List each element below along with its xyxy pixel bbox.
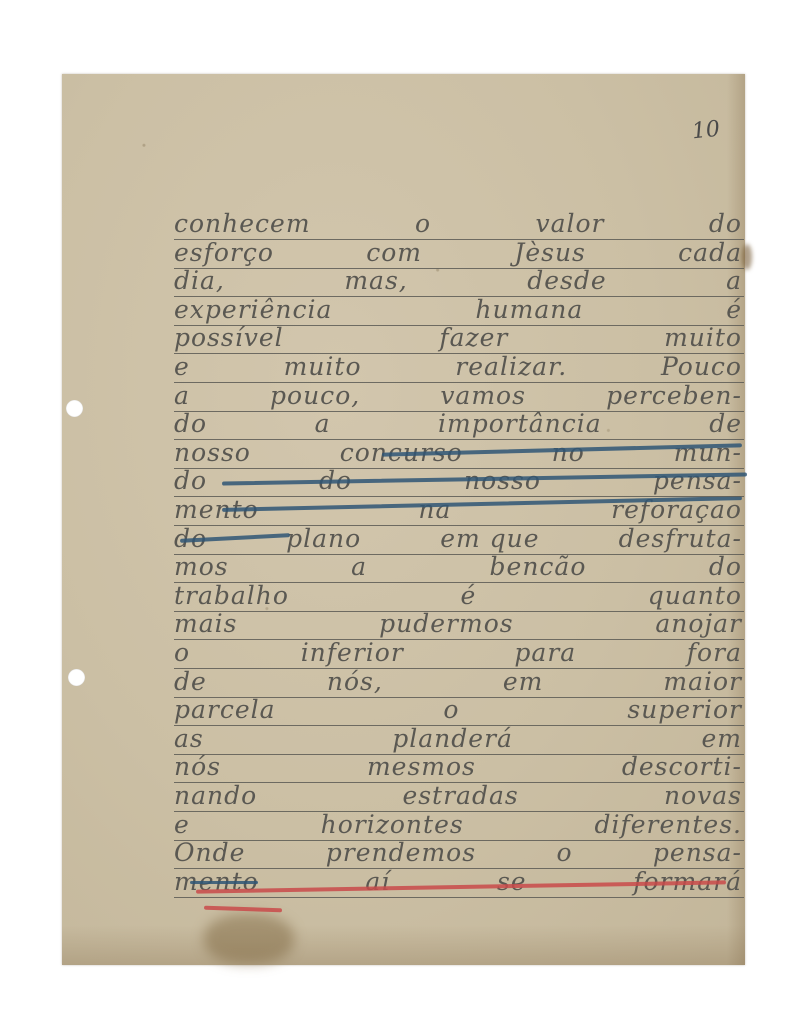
handwritten-word: aí	[365, 869, 390, 897]
handwritten-word: maior	[663, 669, 742, 697]
handwritten-word: o	[443, 697, 459, 725]
handwritten-word: do	[709, 554, 742, 582]
ruling-line	[174, 611, 744, 612]
ruling-line	[174, 782, 744, 783]
handwritten-word: de	[174, 669, 207, 697]
handwritten-word: desfruta-	[619, 526, 742, 554]
ruling-line	[174, 353, 744, 354]
handwritten-word: o	[415, 211, 431, 239]
text-line: trabalhoéquanto	[174, 583, 742, 611]
handwritten-word: pensa-	[653, 840, 742, 868]
handwritten-word: pouco,	[270, 383, 360, 411]
handwritten-word: fazer	[439, 325, 508, 353]
handwritten-word: experiência	[174, 297, 332, 325]
handwritten-word: estradas	[402, 783, 518, 811]
ruling-line	[174, 754, 744, 755]
text-line: asplanderáem	[174, 726, 742, 754]
handwritten-word: a	[174, 383, 190, 411]
text-line: conhecemovalordo	[174, 211, 742, 239]
red-pencil-underline	[204, 906, 282, 913]
text-line: apouco,vamosperceben-	[174, 383, 742, 411]
handwritten-word: horizontes	[321, 812, 464, 840]
handwritten-word: no	[552, 440, 585, 468]
handwritten-word: muito	[664, 325, 742, 353]
page-number: 10	[691, 117, 721, 145]
handwritten-word: é	[460, 583, 476, 611]
handwritten-word: e	[174, 812, 190, 840]
text-line: oinferiorparafora	[174, 640, 742, 668]
handwritten-word: desde	[527, 268, 606, 296]
text-line: experiênciahumanaé	[174, 297, 742, 325]
handwritten-word: o	[556, 840, 572, 868]
handwritten-word: possível	[174, 325, 284, 353]
handwritten-word: a	[351, 554, 367, 582]
handwritten-word: para	[514, 640, 576, 668]
handwritten-word: planderá	[392, 726, 513, 754]
paper-stain	[204, 914, 294, 964]
ruling-line	[174, 239, 744, 240]
ruling-line	[174, 325, 744, 326]
handwritten-word: perceben-	[606, 383, 742, 411]
handwritten-word: mos	[174, 554, 229, 582]
ruling-line	[174, 582, 744, 583]
handwritten-word: e	[174, 354, 190, 382]
ruling-line	[174, 496, 744, 497]
handwritten-word: a	[315, 411, 331, 439]
handwritten-word: quanto	[648, 583, 742, 611]
handwritten-word: pudermos	[379, 611, 513, 639]
handwritten-word: plano	[286, 526, 361, 554]
ruling-line	[174, 697, 744, 698]
text-line: denós,emmaior	[174, 669, 742, 697]
handwritten-word: Onde	[174, 840, 245, 868]
handwritten-word: trabalho	[174, 583, 289, 611]
text-line: dia,mas,desdea	[174, 268, 742, 296]
text-line: parcelaosuperior	[174, 697, 742, 725]
handwritten-word: dia,	[174, 268, 225, 296]
punch-hole	[66, 400, 83, 417]
handwritten-word: do	[709, 211, 742, 239]
handwritten-word: importância	[438, 411, 602, 439]
ruling-line	[174, 897, 744, 898]
handwritten-word: novas	[664, 783, 742, 811]
text-line: esforçocomJèsuscada	[174, 240, 742, 268]
ruling-line	[174, 296, 744, 297]
handwritten-word: vamos	[440, 383, 526, 411]
text-line: nandoestradasnovas	[174, 783, 742, 811]
ruling-line	[174, 725, 744, 726]
handwritten-word: esforço	[174, 240, 274, 268]
ruling-line	[174, 382, 744, 383]
handwritten-word: Pouco	[661, 354, 742, 382]
handwritten-word: em	[701, 726, 742, 754]
handwritten-word: anojar	[655, 611, 742, 639]
text-line: mosabencãodo	[174, 554, 742, 582]
page-edge-shading	[62, 925, 745, 965]
ruling-line	[174, 811, 744, 812]
handwritten-word: nosso	[464, 468, 541, 496]
handwritten-word: mesmos	[367, 754, 476, 782]
handwritten-word: descorti-	[622, 754, 742, 782]
handwritten-word: nós	[174, 754, 221, 782]
blue-pencil-underline	[190, 881, 258, 884]
text-line: doplanoem quedesfruta-	[174, 526, 742, 554]
handwritten-word: com	[366, 240, 422, 268]
handwritten-word: humana	[475, 297, 583, 325]
handwritten-word: parcela	[174, 697, 276, 725]
handwritten-word: é	[726, 297, 742, 325]
handwritten-word: nós,	[327, 669, 383, 697]
handwritten-word: diferentes.	[594, 812, 742, 840]
ruling-line	[174, 639, 744, 640]
handwritten-word: do	[174, 468, 207, 496]
handwritten-word: nando	[174, 783, 257, 811]
handwritten-word: a	[726, 268, 742, 296]
paper-stain	[742, 244, 752, 270]
handwritten-word: na	[418, 497, 451, 525]
handwritten-word: inferior	[301, 640, 404, 668]
text-line: emuitorealizar.Pouco	[174, 354, 742, 382]
ruling-line	[174, 868, 744, 869]
text-line: ehorizontesdiferentes.	[174, 812, 742, 840]
handwritten-word: muito	[284, 354, 362, 382]
ruling-line	[174, 268, 744, 269]
ruling-line	[174, 468, 744, 469]
ruling-line	[174, 525, 744, 526]
text-line: nósmesmosdescorti-	[174, 754, 742, 782]
handwritten-word: do	[174, 411, 207, 439]
handwritten-word: prendemos	[326, 840, 476, 868]
handwritten-word: o	[174, 640, 190, 668]
text-line: doaimportânciade	[174, 411, 742, 439]
handwritten-word: realizar.	[455, 354, 567, 382]
handwritten-word: Jèsus	[514, 240, 586, 268]
manuscript-page: 10 conhecemovalordoesforçocomJèsuscadadi…	[62, 74, 745, 965]
ruling-line	[174, 668, 744, 669]
handwritten-word: mas,	[344, 268, 407, 296]
ruling-line	[174, 439, 744, 440]
ruling-line	[174, 554, 744, 555]
handwritten-word: conhecem	[174, 211, 311, 239]
handwritten-word: bencão	[490, 554, 587, 582]
ruling-line	[174, 840, 744, 841]
handwritten-word: as	[174, 726, 204, 754]
handwritten-word: superior	[627, 697, 742, 725]
handwritten-word: de	[709, 411, 742, 439]
handwritten-word: cada	[678, 240, 742, 268]
ruling-line	[174, 411, 744, 412]
text-line: maispudermosanojar	[174, 611, 742, 639]
punch-hole	[68, 669, 85, 686]
handwritten-word: nosso	[174, 440, 251, 468]
text-line: possívelfazermuito	[174, 325, 742, 353]
handwritten-word: em	[503, 669, 544, 697]
handwritten-word: valor	[535, 211, 604, 239]
text-line: Ondeprendemosopensa-	[174, 840, 742, 868]
handwritten-word: mais	[174, 611, 237, 639]
handwritten-word: em que	[440, 526, 539, 554]
handwritten-word: fora	[687, 640, 742, 668]
